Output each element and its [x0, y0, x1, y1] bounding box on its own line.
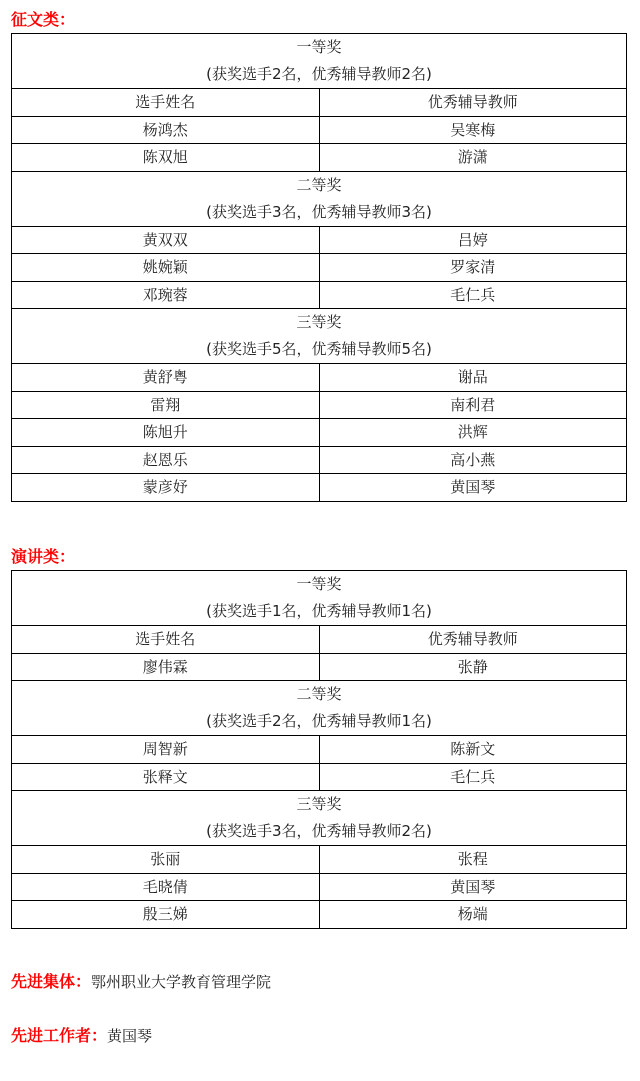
award-level-header: 二等奖 (获奖选手2名，优秀辅导教师1名) [12, 681, 627, 736]
award-level-name: 二等奖 [12, 681, 626, 708]
student-name: 蒙彦妤 [12, 474, 320, 502]
section-title-essay: 征文类： [11, 10, 75, 30]
award-level-note: (获奖选手3名，优秀辅导教师3名) [12, 199, 626, 226]
teacher-name: 洪辉 [319, 419, 627, 447]
student-name: 杨鸿杰 [12, 116, 320, 144]
award-level-note: (获奖选手2名，优秀辅导教师2名) [12, 61, 626, 88]
award-level-header: 二等奖 (获奖选手3名，优秀辅导教师3名) [12, 171, 627, 226]
advanced-worker-value: 黄国琴 [107, 1027, 152, 1045]
advanced-collective-label: 先进集体： [11, 972, 91, 991]
table-row: 赵恩乐 高小燕 [12, 446, 627, 474]
award-level-name: 三等奖 [12, 791, 626, 818]
student-name: 姚婉颖 [12, 254, 320, 282]
teacher-name: 张程 [319, 846, 627, 874]
section-title-speech: 演讲类： [11, 547, 75, 567]
teacher-name: 谢品 [319, 364, 627, 392]
table-header-row: 选手姓名 优秀辅导教师 [12, 626, 627, 654]
award-level-note: (获奖选手3名，优秀辅导教师2名) [12, 818, 626, 845]
table-row: 黄舒粤 谢品 [12, 364, 627, 392]
table-row: 蒙彦妤 黄国琴 [12, 474, 627, 502]
table-row: 黄双双 吕婷 [12, 226, 627, 254]
student-name: 陈旭升 [12, 419, 320, 447]
teacher-name: 吴寒梅 [319, 116, 627, 144]
student-name: 张丽 [12, 846, 320, 874]
column-header-teacher: 优秀辅导教师 [319, 626, 627, 654]
student-name: 邓琬蓉 [12, 281, 320, 309]
student-name: 周智新 [12, 736, 320, 764]
award-level-note: (获奖选手5名，优秀辅导教师5名) [12, 336, 626, 363]
student-name: 赵恩乐 [12, 446, 320, 474]
award-level-header: 一等奖 (获奖选手1名，优秀辅导教师1名) [12, 571, 627, 626]
award-level-header: 三等奖 (获奖选手3名，优秀辅导教师2名) [12, 791, 627, 846]
teacher-name: 黄国琴 [319, 873, 627, 901]
student-name: 毛晓倩 [12, 873, 320, 901]
table-row: 邓琬蓉 毛仁兵 [12, 281, 627, 309]
teacher-name: 高小燕 [319, 446, 627, 474]
advanced-worker-line: 先进工作者：黄国琴 [11, 1026, 152, 1046]
teacher-name: 黄国琴 [319, 474, 627, 502]
table-header-row: 选手姓名 优秀辅导教师 [12, 89, 627, 117]
teacher-name: 张静 [319, 653, 627, 681]
speech-award-table: 一等奖 (获奖选手1名，优秀辅导教师1名) 选手姓名 优秀辅导教师 廖伟霖 张静… [11, 570, 627, 929]
table-row: 陈旭升 洪辉 [12, 419, 627, 447]
student-name: 陈双旭 [12, 144, 320, 172]
teacher-name: 毛仁兵 [319, 281, 627, 309]
advanced-collective-line: 先进集体：鄂州职业大学教育管理学院 [11, 972, 271, 992]
student-name: 张释文 [12, 763, 320, 791]
advanced-worker-label: 先进工作者： [11, 1026, 107, 1045]
essay-award-table: 一等奖 (获奖选手2名，优秀辅导教师2名) 选手姓名 优秀辅导教师 杨鸿杰 吴寒… [11, 33, 627, 502]
student-name: 黄舒粤 [12, 364, 320, 392]
table-row: 姚婉颖 罗家清 [12, 254, 627, 282]
student-name: 廖伟霖 [12, 653, 320, 681]
table-row: 陈双旭 游潇 [12, 144, 627, 172]
teacher-name: 吕婷 [319, 226, 627, 254]
table-row: 雷翔 南利君 [12, 391, 627, 419]
column-header-student: 选手姓名 [12, 89, 320, 117]
table-row: 张丽 张程 [12, 846, 627, 874]
student-name: 黄双双 [12, 226, 320, 254]
table-row: 殷三娣 杨端 [12, 901, 627, 929]
table-row: 张释文 毛仁兵 [12, 763, 627, 791]
teacher-name: 南利君 [319, 391, 627, 419]
award-level-name: 二等奖 [12, 172, 626, 199]
table-row: 毛晓倩 黄国琴 [12, 873, 627, 901]
teacher-name: 陈新文 [319, 736, 627, 764]
table-row: 廖伟霖 张静 [12, 653, 627, 681]
award-level-note: (获奖选手2名，优秀辅导教师1名) [12, 708, 626, 735]
award-level-name: 三等奖 [12, 309, 626, 336]
student-name: 雷翔 [12, 391, 320, 419]
teacher-name: 罗家清 [319, 254, 627, 282]
teacher-name: 杨端 [319, 901, 627, 929]
advanced-collective-value: 鄂州职业大学教育管理学院 [91, 973, 271, 991]
teacher-name: 毛仁兵 [319, 763, 627, 791]
table-row: 周智新 陈新文 [12, 736, 627, 764]
teacher-name: 游潇 [319, 144, 627, 172]
table-row: 杨鸿杰 吴寒梅 [12, 116, 627, 144]
award-level-header: 三等奖 (获奖选手5名，优秀辅导教师5名) [12, 309, 627, 364]
column-header-teacher: 优秀辅导教师 [319, 89, 627, 117]
student-name: 殷三娣 [12, 901, 320, 929]
column-header-student: 选手姓名 [12, 626, 320, 654]
award-level-note: (获奖选手1名，优秀辅导教师1名) [12, 598, 626, 625]
award-level-header: 一等奖 (获奖选手2名，优秀辅导教师2名) [12, 34, 627, 89]
award-level-name: 一等奖 [12, 571, 626, 598]
award-level-name: 一等奖 [12, 34, 626, 61]
